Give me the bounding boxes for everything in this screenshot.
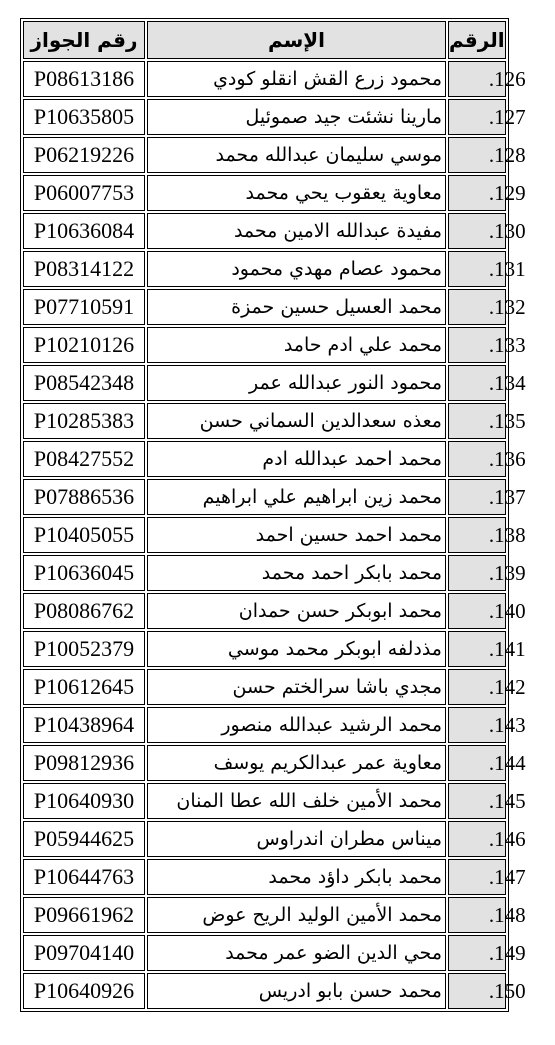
row-passport-cell: P07886536 [23,479,145,515]
row-name-cell: مارينا نشئت جيد صموئيل [147,99,446,135]
table-row: 136.محمد احمد عبدالله ادمP08427552 [23,441,506,477]
row-name-cell: معاوية عمر عبدالكريم يوسف [147,745,446,781]
row-serial-number: 127. [489,105,526,130]
row-serial-cell: 140. [448,593,506,629]
row-serial-number: 146. [489,827,526,852]
row-serial-cell: 146. [448,821,506,857]
row-serial-cell: 141. [448,631,506,667]
table-row: 140.محمد ابوبكر حسن حمدانP08086762 [23,593,506,629]
row-serial-number: 135. [489,409,526,434]
row-passport-cell: P06007753 [23,175,145,211]
row-name-cell: محمد العسيل حسين حمزة [147,289,446,325]
row-serial-cell: 128. [448,137,506,173]
header-serial: الرقم [448,21,506,59]
row-name-cell: محمد احمد عبدالله ادم [147,441,446,477]
row-passport-cell: P10644763 [23,859,145,895]
table-row: 126.محمود زرع القش انقلو كوديP08613186 [23,61,506,97]
row-serial-number: 144. [489,751,526,776]
row-serial-cell: 135. [448,403,506,439]
table-row: 150.محمد حسن بابو ادريسP10640926 [23,973,506,1009]
row-serial-cell: 144. [448,745,506,781]
table-body: 126.محمود زرع القش انقلو كوديP0861318612… [23,61,506,1009]
row-serial-cell: 133. [448,327,506,363]
passport-list-table: الرقم الإسم رقم الجواز 126.محمود زرع الق… [20,18,509,1012]
row-serial-cell: 143. [448,707,506,743]
row-serial-number: 133. [489,333,526,358]
row-serial-cell: 138. [448,517,506,553]
table-row: 143.محمد الرشيد عبدالله منصورP10438964 [23,707,506,743]
row-passport-cell: P10210126 [23,327,145,363]
row-passport-cell: P10636045 [23,555,145,591]
row-name-cell: محمد ابوبكر حسن حمدان [147,593,446,629]
row-passport-cell: P10285383 [23,403,145,439]
table-row: 132.محمد العسيل حسين حمزةP07710591 [23,289,506,325]
row-name-cell: محمد الأمين الوليد الريح عوض [147,897,446,933]
row-name-cell: محمد الرشيد عبدالله منصور [147,707,446,743]
table-row: 142.مجدي باشا سرالختم حسنP10612645 [23,669,506,705]
row-serial-number: 129. [489,181,526,206]
row-passport-cell: P08314122 [23,251,145,287]
row-name-cell: محمود النور عبدالله عمر [147,365,446,401]
row-passport-cell: P08086762 [23,593,145,629]
row-passport-cell: P10640930 [23,783,145,819]
row-serial-number: 126. [489,67,526,92]
row-passport-cell: P05944625 [23,821,145,857]
row-serial-cell: 130. [448,213,506,249]
row-serial-cell: 134. [448,365,506,401]
table-row: 138.محمد احمد حسين احمدP10405055 [23,517,506,553]
header-name: الإسم [147,21,446,59]
row-serial-cell: 145. [448,783,506,819]
row-serial-number: 137. [489,485,526,510]
row-name-cell: محمد بابكر داؤد محمد [147,859,446,895]
row-name-cell: مجدي باشا سرالختم حسن [147,669,446,705]
row-name-cell: معاوية يعقوب يحي محمد [147,175,446,211]
row-passport-cell: P10636084 [23,213,145,249]
table-row: 139.محمد بابكر احمد محمدP10636045 [23,555,506,591]
row-serial-cell: 131. [448,251,506,287]
table-header-row: الرقم الإسم رقم الجواز [23,21,506,59]
table-row: 146.ميناس مطران اندراوسP05944625 [23,821,506,857]
row-passport-cell: P08427552 [23,441,145,477]
row-name-cell: مذدلفه ابوبكر محمد موسي [147,631,446,667]
row-name-cell: محمود عصام مهدي محمود [147,251,446,287]
table-row: 148.محمد الأمين الوليد الريح عوضP0966196… [23,897,506,933]
row-passport-cell: P08613186 [23,61,145,97]
table-row: 144.معاوية عمر عبدالكريم يوسفP09812936 [23,745,506,781]
row-passport-cell: P07710591 [23,289,145,325]
row-passport-cell: P09812936 [23,745,145,781]
row-name-cell: محي الدين الضو عمر محمد [147,935,446,971]
row-serial-cell: 132. [448,289,506,325]
row-passport-cell: P08542348 [23,365,145,401]
row-serial-number: 149. [489,941,526,966]
table-row: 133.محمد علي ادم حامدP10210126 [23,327,506,363]
row-passport-cell: P10612645 [23,669,145,705]
row-passport-cell: P10640926 [23,973,145,1009]
table-row: 141.مذدلفه ابوبكر محمد موسيP10052379 [23,631,506,667]
document-page: الرقم الإسم رقم الجواز 126.محمود زرع الق… [0,0,555,1045]
row-passport-cell: P09704140 [23,935,145,971]
row-serial-cell: 127. [448,99,506,135]
row-passport-cell: P06219226 [23,137,145,173]
row-name-cell: محمد حسن بابو ادريس [147,973,446,1009]
row-serial-number: 142. [489,675,526,700]
row-serial-cell: 137. [448,479,506,515]
row-serial-number: 132. [489,295,526,320]
row-serial-number: 128. [489,143,526,168]
table-row: 131.محمود عصام مهدي محمودP08314122 [23,251,506,287]
row-serial-number: 138. [489,523,526,548]
table-row: 129.معاوية يعقوب يحي محمدP06007753 [23,175,506,211]
row-serial-cell: 148. [448,897,506,933]
row-name-cell: معذه سعدالدين السماني حسن [147,403,446,439]
row-serial-cell: 136. [448,441,506,477]
table-row: 134.محمود النور عبدالله عمرP08542348 [23,365,506,401]
table-row: 149.محي الدين الضو عمر محمدP09704140 [23,935,506,971]
row-serial-number: 141. [489,637,526,662]
table-row: 147.محمد بابكر داؤد محمدP10644763 [23,859,506,895]
row-passport-cell: P10052379 [23,631,145,667]
row-name-cell: محمد احمد حسين احمد [147,517,446,553]
row-name-cell: محمد علي ادم حامد [147,327,446,363]
row-serial-number: 143. [489,713,526,738]
row-serial-number: 140. [489,599,526,624]
row-serial-number: 145. [489,789,526,814]
row-name-cell: ميناس مطران اندراوس [147,821,446,857]
row-passport-cell: P10635805 [23,99,145,135]
table-row: 128.موسي سليمان عبدالله محمدP06219226 [23,137,506,173]
row-serial-number: 131. [489,257,526,282]
row-passport-cell: P10405055 [23,517,145,553]
row-name-cell: موسي سليمان عبدالله محمد [147,137,446,173]
row-name-cell: محمد بابكر احمد محمد [147,555,446,591]
row-serial-number: 147. [489,865,526,890]
row-serial-cell: 150. [448,973,506,1009]
row-serial-number: 130. [489,219,526,244]
row-serial-cell: 142. [448,669,506,705]
header-passport: رقم الجواز [23,21,145,59]
table-row: 145.محمد الأمين خلف الله عطا المنانP1064… [23,783,506,819]
row-serial-cell: 129. [448,175,506,211]
row-serial-number: 139. [489,561,526,586]
row-serial-number: 134. [489,371,526,396]
row-name-cell: محمد زين ابراهيم علي ابراهيم [147,479,446,515]
table-row: 135.معذه سعدالدين السماني حسنP10285383 [23,403,506,439]
row-passport-cell: P10438964 [23,707,145,743]
row-serial-cell: 149. [448,935,506,971]
table-row: 130.مفيدة عبدالله الامين محمدP10636084 [23,213,506,249]
row-serial-cell: 126. [448,61,506,97]
table-row: 127.مارينا نشئت جيد صموئيلP10635805 [23,99,506,135]
row-serial-number: 150. [489,979,526,1004]
row-serial-cell: 139. [448,555,506,591]
row-serial-number: 148. [489,903,526,928]
row-name-cell: مفيدة عبدالله الامين محمد [147,213,446,249]
row-serial-number: 136. [489,447,526,472]
table-row: 137.محمد زين ابراهيم علي ابراهيمP0788653… [23,479,506,515]
row-passport-cell: P09661962 [23,897,145,933]
row-name-cell: محمد الأمين خلف الله عطا المنان [147,783,446,819]
row-name-cell: محمود زرع القش انقلو كودي [147,61,446,97]
row-serial-cell: 147. [448,859,506,895]
